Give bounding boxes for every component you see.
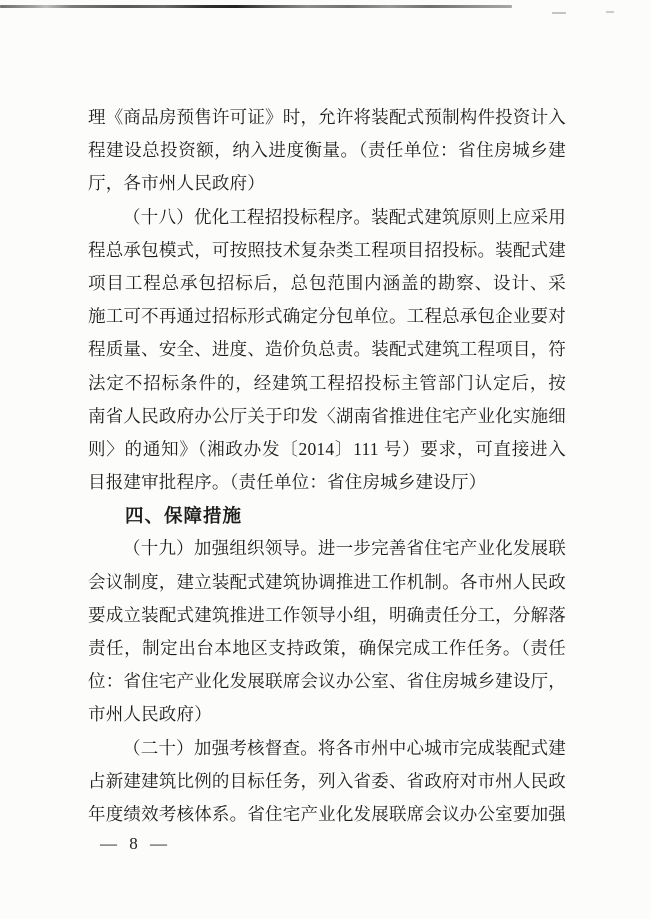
text-line: 厅，各市州人民政府）: [88, 167, 566, 200]
text-line: 市州人民政府）: [88, 698, 566, 731]
text-line: 程质量、安全、进度、造价负总责。装配式建筑工程项目，符合: [88, 333, 566, 366]
text-line: （十九）加强组织领导。进一步完善省住宅产业化发展联席: [88, 532, 566, 565]
page-number: — 8 —: [100, 834, 171, 854]
document-text-block: 理《商品房预售许可证》时，允许将装配式预制构件投资计入工程建设总投资额，纳入进度…: [88, 101, 566, 831]
scan-artifact-line: [0, 5, 512, 8]
text-line: 南省人民政府办公厅关于印发〈湖南省推进住宅产业化实施细: [88, 400, 566, 433]
text-line: 位：省住宅产业化发展联席会议办公室、省住房城乡建设厅，各: [88, 665, 566, 698]
section-heading: 四、保障措施: [88, 499, 566, 532]
text-line: 则〉的通知》（湘政办发〔2014〕111 号）要求，可直接进入项: [88, 433, 566, 466]
text-line: 项目工程总承包招标后，总包范围内涵盖的勘察、设计、采购、: [88, 267, 566, 300]
text-line: 责任，制定出台本地区支持政策，确保完成工作任务。（责任单: [88, 632, 566, 665]
text-line: 占新建建筑比例的目标任务，列入省委、省政府对市州人民政府: [88, 765, 566, 798]
text-line: 程建设总投资额，纳入进度衡量。（责任单位：省住房城乡建设: [88, 134, 566, 167]
scanned-document-page: 理《商品房预售许可证》时，允许将装配式预制构件投资计入工程建设总投资额，纳入进度…: [0, 0, 650, 919]
scan-artifact-speck: [552, 12, 566, 14]
scan-artifact-speck: [606, 11, 614, 13]
text-line: 目报建审批程序。（责任单位：省住房城乡建设厅）: [88, 466, 566, 499]
text-line: 会议制度，建立装配式建筑协调推进工作机制。各市州人民政府: [88, 566, 566, 599]
text-line: 理《商品房预售许可证》时，允许将装配式预制构件投资计入工: [88, 101, 566, 134]
text-line: （二十）加强考核督查。将各市州中心城市完成装配式建筑: [88, 732, 566, 765]
text-line: 法定不招标条件的，经建筑工程招投标主管部门认定后，按《湖: [88, 367, 566, 400]
text-line: 年度绩效考核体系。省住宅产业化发展联席会议办公室要加强对: [88, 798, 566, 831]
text-line: 要成立装配式建筑推进工作领导小组，明确责任分工，分解落实: [88, 599, 566, 632]
text-line: 施工可不再通过招标形式确定分包单位。工程总承包企业要对工: [88, 300, 566, 333]
text-line: 程总承包模式，可按照技术复杂类工程项目招投标。装配式建筑: [88, 234, 566, 267]
text-line: （十八）优化工程招投标程序。装配式建筑原则上应采用工: [88, 201, 566, 234]
